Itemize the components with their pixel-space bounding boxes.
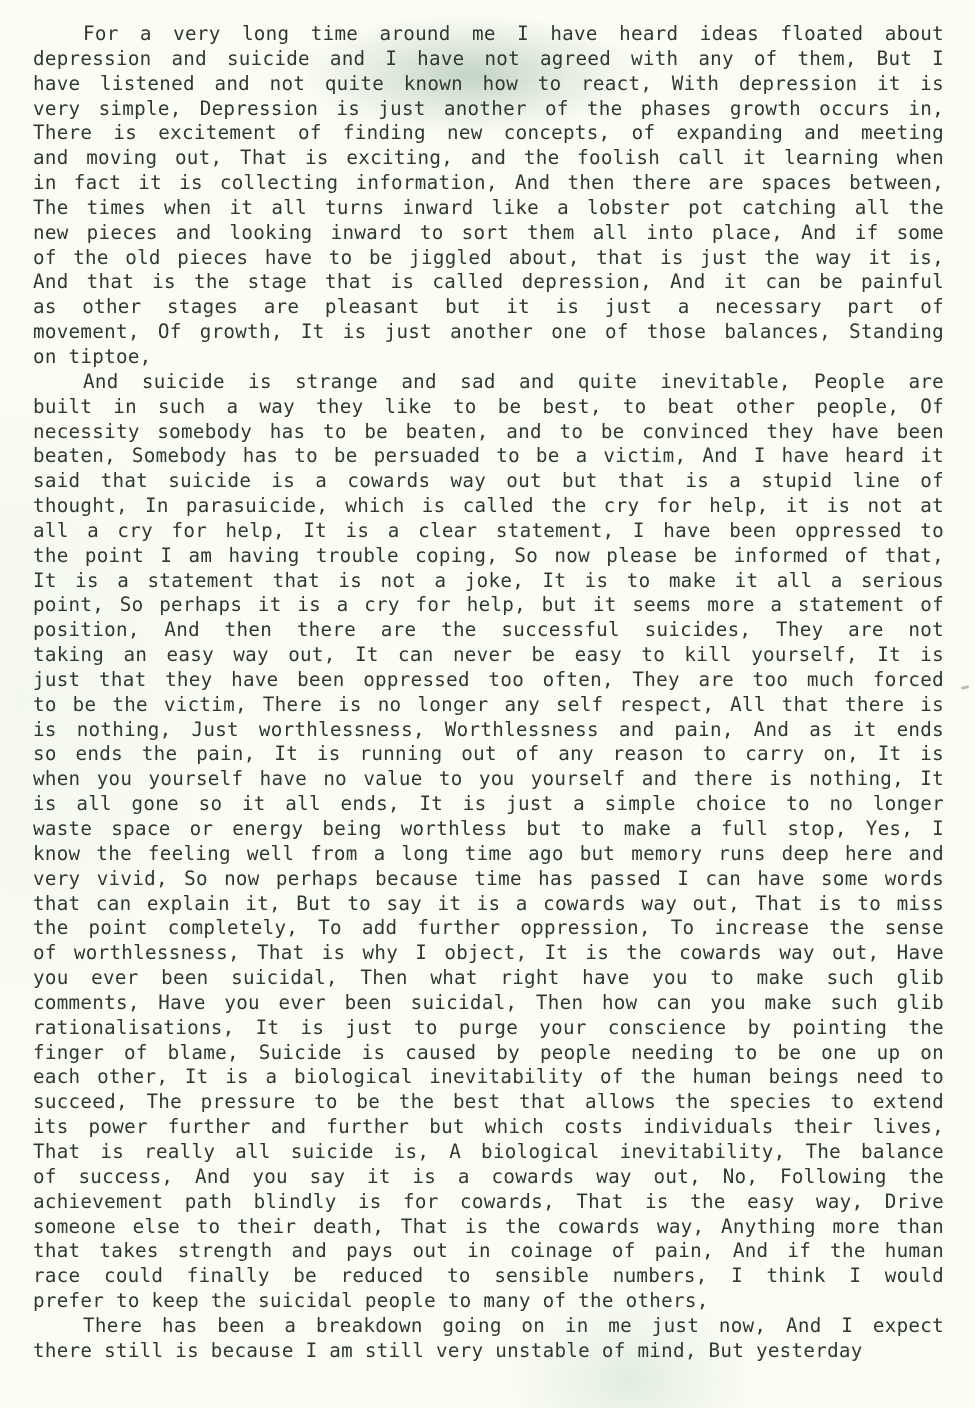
text-line: that can explain it, But to say it is a … [33,892,944,917]
text-line: you ever been suicidal, Then what right … [33,966,944,991]
text-line: its power further and further but which … [33,1115,944,1140]
text-line: That is really all suicide is, A biologi… [33,1140,944,1165]
text-line: very simple, Depression is just another … [33,97,944,122]
text-line: someone else to their death, That is the… [33,1215,944,1240]
text-line: taking an easy way out, It can never be … [33,643,944,668]
text-line: just that they have been oppressed too o… [33,668,944,693]
text-line: is nothing, Just worthlessness, Worthles… [33,718,944,743]
text-line: of worthlessness, That is why I object, … [33,941,944,966]
text-line: built in such a way they like to be best… [33,395,944,420]
text-line: rationalisations, It is just to purge yo… [33,1016,944,1041]
text-line: position, And then there are the success… [33,618,944,643]
text-line: very vivid, So now perhaps because time … [33,867,944,892]
text-line: finger of blame, Suicide is caused by pe… [33,1041,944,1066]
document-page: For a very long time around me I have he… [0,0,975,1408]
text-line: There has been a breakdown going on in m… [33,1314,944,1339]
text-line: of success, And you say it is a cowards … [33,1165,944,1190]
text-line: when you yourself have no value to you y… [33,767,944,792]
text-line: have listened and not quite known how to… [33,72,944,97]
text-line: the point completely, To add further opp… [33,916,944,941]
text-line: beaten, Somebody has to be persuaded to … [33,444,944,469]
text-line: each other, It is a biological inevitabi… [33,1065,944,1090]
text-line: the point I am having trouble coping, So… [33,544,944,569]
text-line: race could finally be reduced to sensibl… [33,1264,944,1289]
text-line: that takes strength and pays out in coin… [33,1239,944,1264]
text-line: necessity somebody has to be beaten, and… [33,420,944,445]
text-line: as other stages are pleasant but it is j… [33,295,944,320]
text-line: And suicide is strange and sad and quite… [33,370,944,395]
text-line: there still is because I am still very u… [33,1339,944,1364]
text-line: For a very long time around me I have he… [33,22,944,47]
text-line: succeed, The pressure to be the best tha… [33,1090,944,1115]
text-line: It is a statement that is not a joke, It… [33,569,944,594]
ink-smudge [961,685,970,690]
text-line: prefer to keep the suicidal people to ma… [33,1289,944,1314]
text-line: of the old pieces have to be jiggled abo… [33,246,944,271]
text-line: The times when it all turns inward like … [33,196,944,221]
text-line: achievement path blindly is for cowards,… [33,1190,944,1215]
text-line: And that is the stage that is called dep… [33,270,944,295]
document-body: For a very long time around me I have he… [33,22,944,1364]
text-line: thought, In parasuicide, which is called… [33,494,944,519]
text-line: all a cry for help, It is a clear statem… [33,519,944,544]
text-line: on tiptoe, [33,345,944,370]
text-line: comments, Have you ever been suicidal, T… [33,991,944,1016]
text-line: is all gone so it all ends, It is just a… [33,792,944,817]
text-line: waste space or energy being worthless bu… [33,817,944,842]
text-line: depression and suicide and I have not ag… [33,47,944,72]
text-line: so ends the pain, It is running out of a… [33,742,944,767]
text-line: to be the victim, There is no longer any… [33,693,944,718]
text-line: new pieces and looking inward to sort th… [33,221,944,246]
text-line: said that suicide is a cowards way out b… [33,469,944,494]
text-line: point, So perhaps it is a cry for help, … [33,593,944,618]
text-line: There is excitement of finding new conce… [33,121,944,146]
text-line: and moving out, That is exciting, and th… [33,146,944,171]
text-line: movement, Of growth, It is just another … [33,320,944,345]
text-line: in fact it is collecting information, An… [33,171,944,196]
text-line: know the feeling well from a long time a… [33,842,944,867]
